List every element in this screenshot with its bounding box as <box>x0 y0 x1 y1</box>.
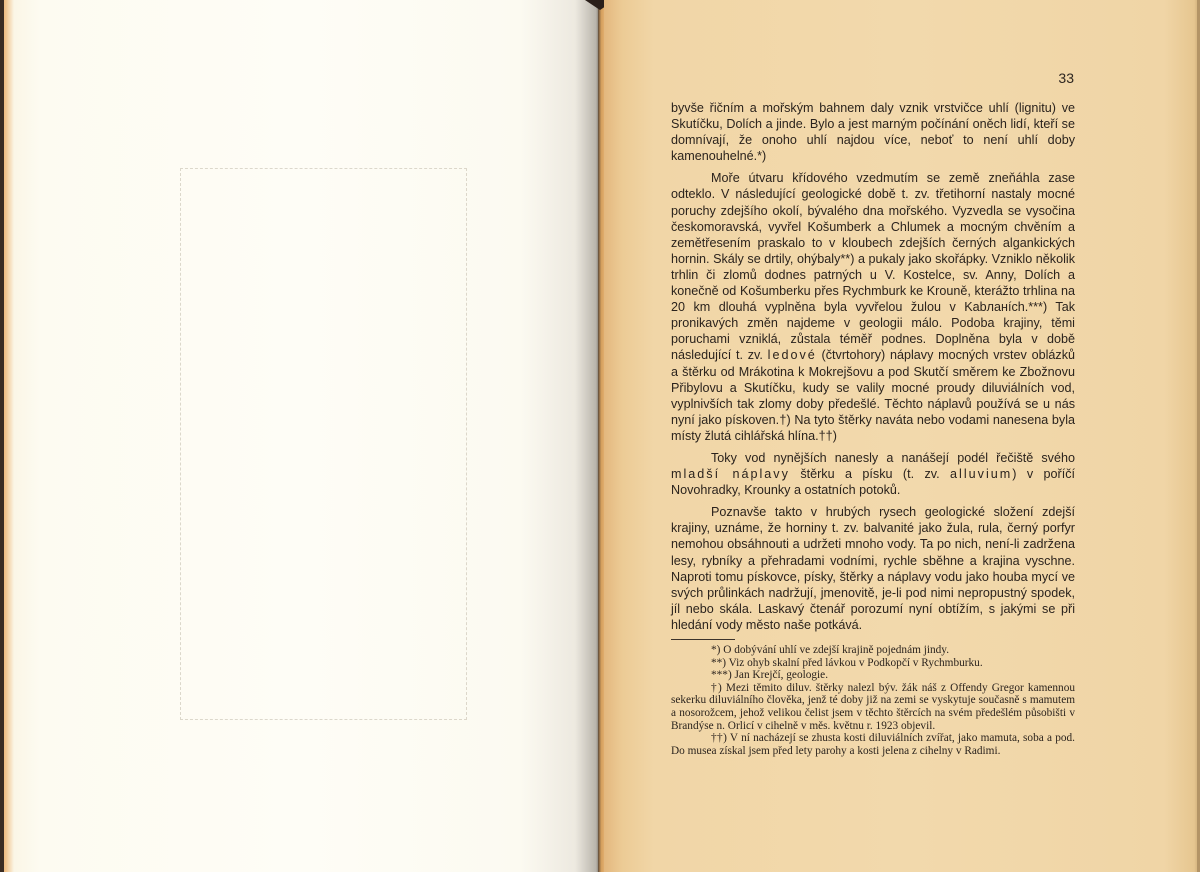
footnote-2: **) Viz ohyb skalní před lávkou v Podkop… <box>671 657 1075 670</box>
book-spread: 33 byvše řičním a mořským bahnem daly vz… <box>0 0 1200 872</box>
footnote-3: ***) Jan Krejčí, geologie. <box>671 669 1075 682</box>
paragraph-4: Poznavše takto v hrubých rysech geologic… <box>671 504 1075 633</box>
paragraph-3-mid: štěrku a písku (t. zv. <box>800 467 939 481</box>
page-number: 33 <box>1028 70 1074 86</box>
footnote-5: ††) V ní nacházejí se zhusta kosti diluv… <box>671 732 1075 757</box>
spaced-term-mladsi-naplavy: mladší náplavy <box>671 467 790 481</box>
body-text: byvše řičním a mořským bahnem daly vznik… <box>671 100 1075 757</box>
paragraph-2-text: Moře útvaru křídového vzedmutím se země … <box>671 171 1075 362</box>
spaced-term-ledove: ledové <box>768 348 817 362</box>
plate-frame <box>180 168 467 720</box>
footnote-rule <box>671 639 735 640</box>
left-page-edge <box>0 0 4 872</box>
paragraph-3: Toky vod nynějších nanesly a nanášejí po… <box>671 450 1075 498</box>
paragraph-2: Moře útvaru křídového vzedmutím se země … <box>671 170 1075 444</box>
footnote-1: *) O dobývání uhlí ve zdejší krajině poj… <box>671 644 1075 657</box>
paragraph-3-text: Toky vod nynějších nanesly a nanášejí po… <box>711 451 1075 465</box>
footnotes: *) O dobývání uhlí ve zdejší krajině poj… <box>671 644 1075 757</box>
spaced-term-alluvium: alluvium <box>950 467 1012 481</box>
footnote-4: †) Mezi těmito diluv. štěrky nalezl býv.… <box>671 682 1075 732</box>
left-page <box>0 0 600 872</box>
paragraph-2-tail: (čtvrtohory) náplavy mocných vrstev oblá… <box>671 348 1075 442</box>
paragraph-1: byvše řičním a mořským bahnem daly vznik… <box>671 100 1075 164</box>
